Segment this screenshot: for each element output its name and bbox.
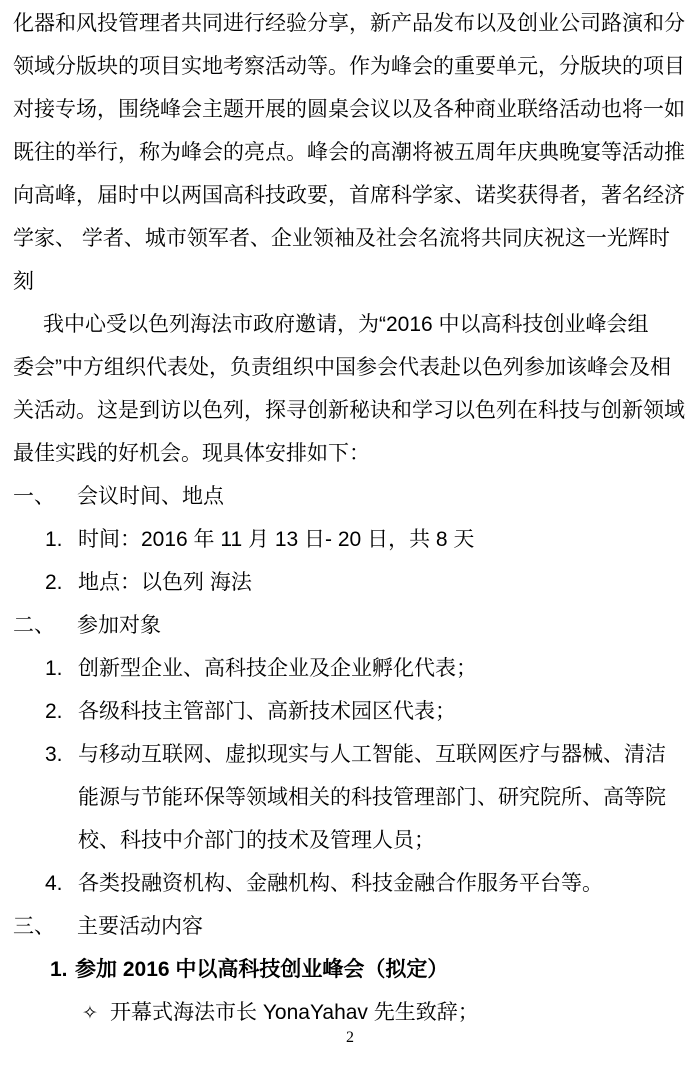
list-number: 2. bbox=[45, 561, 78, 604]
paragraph-line: 领域分版块的项目实地考察活动等。作为峰会的重要单元，分版块的项目 bbox=[13, 45, 692, 88]
paragraph-line: 学家、 学者、城市领军者、企业领袖及社会名流将共同庆祝这一光辉时 bbox=[13, 217, 692, 260]
section-heading: 二、参加对象 bbox=[13, 604, 692, 647]
numbered-item-continuation: 校、科技中介部门的技术及管理人员； bbox=[13, 819, 692, 862]
line-text: 参加 2016 中以高科技创业峰会（拟定） bbox=[75, 958, 448, 981]
paragraph-line: 委会”中方组织代表处，负责组织中国参会代表赴以色列参加该峰会及相 bbox=[13, 346, 692, 389]
list-number: 1. bbox=[45, 518, 78, 561]
document-body: 化器和风投管理者共同进行经验分享，新产品发布以及创业公司路演和分领域分版块的项目… bbox=[0, 0, 700, 1034]
paragraph-first-line: 我中心受以色列海法市政府邀请，为“2016 中以高科技创业峰会组 bbox=[13, 303, 692, 346]
line-text: 领域分版块的项目实地考察活动等。作为峰会的重要单元，分版块的项目 bbox=[13, 55, 685, 78]
section-heading: 三、主要活动内容 bbox=[13, 905, 692, 948]
line-text: 校、科技中介部门的技术及管理人员； bbox=[78, 829, 435, 852]
paragraph-line: 刻 bbox=[13, 260, 692, 303]
list-number: 2. bbox=[45, 690, 78, 733]
section-heading: 一、会议时间、地点 bbox=[13, 475, 692, 518]
line-text: 创新型企业、高科技企业及企业孵化代表； bbox=[78, 657, 477, 680]
numbered-item: 2.各级科技主管部门、高新技术园区代表； bbox=[13, 690, 692, 733]
numbered-item: 1.创新型企业、高科技企业及企业孵化代表； bbox=[13, 647, 692, 690]
line-text: 地点：以色列 海法 bbox=[78, 571, 252, 594]
numbered-item: 1.时间：2016 年 11 月 13 日- 20 日，共 8 天 bbox=[13, 518, 692, 561]
list-number: 1. bbox=[45, 647, 78, 690]
line-text: 我中心受以色列海法市政府邀请，为“2016 中以高科技创业峰会组 bbox=[43, 313, 649, 336]
section-number: 三、 bbox=[13, 905, 77, 948]
line-text: 委会”中方组织代表处，负责组织中国参会代表赴以色列参加该峰会及相 bbox=[13, 356, 671, 379]
line-text: 刻 bbox=[13, 270, 34, 293]
numbered-item-bold: 1.参加 2016 中以高科技创业峰会（拟定） bbox=[13, 948, 692, 991]
list-number: 4. bbox=[45, 862, 78, 905]
numbered-item: 2.地点：以色列 海法 bbox=[13, 561, 692, 604]
line-text: 既往的举行，称为峰会的亮点。峰会的高潮将被五周年庆典晚宴等活动推 bbox=[13, 141, 685, 164]
document-page: 化器和风投管理者共同进行经验分享，新产品发布以及创业公司路演和分领域分版块的项目… bbox=[0, 0, 700, 1071]
line-text: 时间：2016 年 11 月 13 日- 20 日，共 8 天 bbox=[78, 528, 474, 551]
paragraph-line: 最佳实践的好机会。现具体安排如下： bbox=[13, 432, 692, 475]
line-text: 关活动。这是到访以色列，探寻创新秘诀和学习以色列在科技与创新领域 bbox=[13, 399, 685, 422]
line-text: 会议时间、地点 bbox=[77, 485, 224, 508]
line-text: 能源与节能环保等领域相关的科技管理部门、研究院所、高等院 bbox=[78, 786, 666, 809]
line-text: 与移动互联网、虚拟现实与人工智能、互联网医疗与器械、清洁 bbox=[78, 743, 666, 766]
section-number: 二、 bbox=[13, 604, 77, 647]
line-text: 化器和风投管理者共同进行经验分享，新产品发布以及创业公司路演和分 bbox=[13, 12, 685, 35]
paragraph-line: 向高峰，届时中以两国高科技政要，首席科学家、诺奖获得者，著名经济 bbox=[13, 174, 692, 217]
paragraph-line: 化器和风投管理者共同进行经验分享，新产品发布以及创业公司路演和分 bbox=[13, 2, 692, 45]
section-number: 一、 bbox=[13, 475, 77, 518]
numbered-item-continuation: 能源与节能环保等领域相关的科技管理部门、研究院所、高等院 bbox=[13, 776, 692, 819]
line-text: 开幕式海法市长 YonaYahav 先生致辞； bbox=[110, 1001, 479, 1024]
list-number: 1. bbox=[50, 948, 75, 991]
line-text: 各类投融资机构、金融机构、科技金融合作服务平台等。 bbox=[78, 872, 603, 895]
paragraph-line: 关活动。这是到访以色列，探寻创新秘诀和学习以色列在科技与创新领域 bbox=[13, 389, 692, 432]
line-text: 学家、 学者、城市领军者、企业领袖及社会名流将共同庆祝这一光辉时 bbox=[13, 227, 670, 250]
numbered-item: 4.各类投融资机构、金融机构、科技金融合作服务平台等。 bbox=[13, 862, 692, 905]
line-text: 向高峰，届时中以两国高科技政要，首席科学家、诺奖获得者，著名经济 bbox=[13, 184, 685, 207]
paragraph-line: 对接专场，围绕峰会主题开展的圆桌会议以及各种商业联络活动也将一如 bbox=[13, 88, 692, 131]
line-text: 对接专场，围绕峰会主题开展的圆桌会议以及各种商业联络活动也将一如 bbox=[13, 98, 685, 121]
line-text: 参加对象 bbox=[77, 614, 161, 637]
line-text: 各级科技主管部门、高新技术园区代表； bbox=[78, 700, 456, 723]
line-text: 最佳实践的好机会。现具体安排如下： bbox=[13, 442, 370, 465]
paragraph-line: 既往的举行，称为峰会的亮点。峰会的高潮将被五周年庆典晚宴等活动推 bbox=[13, 131, 692, 174]
line-text: 主要活动内容 bbox=[77, 915, 203, 938]
list-number: 3. bbox=[45, 733, 78, 776]
numbered-item: 3.与移动互联网、虚拟现实与人工智能、互联网医疗与器械、清洁 bbox=[13, 733, 692, 776]
page-number: 2 bbox=[0, 1028, 700, 1048]
